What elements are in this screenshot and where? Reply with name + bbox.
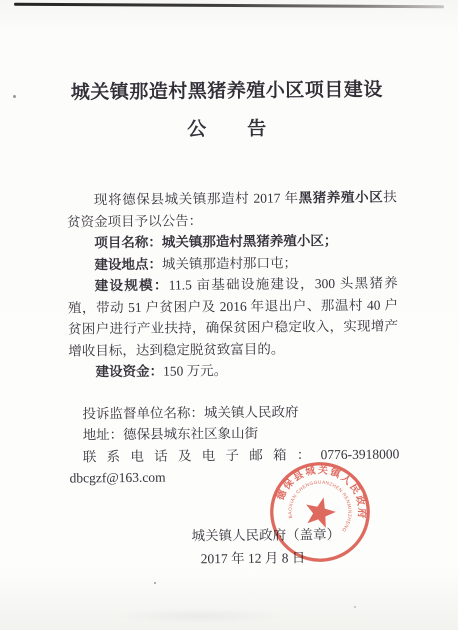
field-project-name-label: 项目名称： [94, 235, 162, 251]
contact-address-label: 地址： [83, 427, 124, 442]
intro-text-pre: 现将德保县城关镇那造村 2017 年 [94, 190, 299, 207]
field-funds: 建设资金：150 万元。 [68, 358, 398, 383]
document-title: 城关镇那造村黑猪养殖小区项目建设 [18, 78, 436, 106]
signature-block: 城关镇人民政府（盖章） 2017 年 12 月 8 日 [70, 522, 400, 571]
contact-unit: 投诉监督单位名称：城关镇人民政府 [69, 400, 399, 425]
document-content: 城关镇那造村黑猪养殖小区项目建设 公 告 现将德保县城关镇那造村 2017 年黑… [0, 0, 458, 630]
contact-address-value: 德保县城东社区象山街 [123, 426, 258, 442]
contact-block: 投诉监督单位名称：城关镇人民政府 地址：德保县城东社区象山街 联系电话及电子邮箱… [69, 400, 400, 489]
field-funds-label: 建设资金： [95, 364, 163, 380]
field-funds-value: 150 万元。 [163, 363, 227, 379]
scanned-announcement-page: 城关镇那造村黑猪养殖小区项目建设 公 告 现将德保县城关镇那造村 2017 年黑… [0, 0, 458, 630]
document-subtitle: 公 告 [0, 116, 456, 144]
signature-org: 城关镇人民政府（盖章） [70, 522, 400, 548]
intro-paragraph: 现将德保县城关镇那造村 2017 年黑猪养殖小区扶贫资金项目予以公告： [67, 186, 397, 232]
field-location-value: 城关镇那造村那口屯； [162, 255, 297, 271]
document-body: 现将德保县城关镇那造村 2017 年黑猪养殖小区扶贫资金项目予以公告： 项目名称… [67, 186, 401, 571]
field-scale-label: 建设规模： [95, 278, 169, 294]
signature-date: 2017 年 12 月 8 日 [70, 545, 400, 571]
field-project-name-value: 城关镇那造村黑猪养殖小区； [162, 233, 338, 250]
field-project-name: 项目名称：城关镇那造村黑猪养殖小区； [67, 229, 397, 254]
contact-unit-value: 城关镇人民政府 [204, 404, 299, 420]
intro-text-highlight: 黑猪养殖小区 [298, 190, 383, 206]
contact-phone-email-label: 联系电话及电子邮箱： [83, 447, 321, 464]
field-scale: 建设规模：11.5 亩基础设施建设，300 头黑猪养殖，带动 51 户贫困户及 … [68, 272, 399, 361]
field-location: 建设地点：城关镇那造村那口屯； [67, 251, 397, 276]
contact-phone-email: 联系电话及电子邮箱：0776-3918000 dbcgzf@163.com [69, 443, 399, 489]
field-location-label: 建设地点： [94, 256, 162, 272]
contact-unit-label: 投诉监督单位名称： [82, 405, 204, 421]
contact-address: 地址：德保县城东社区象山街 [69, 421, 399, 446]
